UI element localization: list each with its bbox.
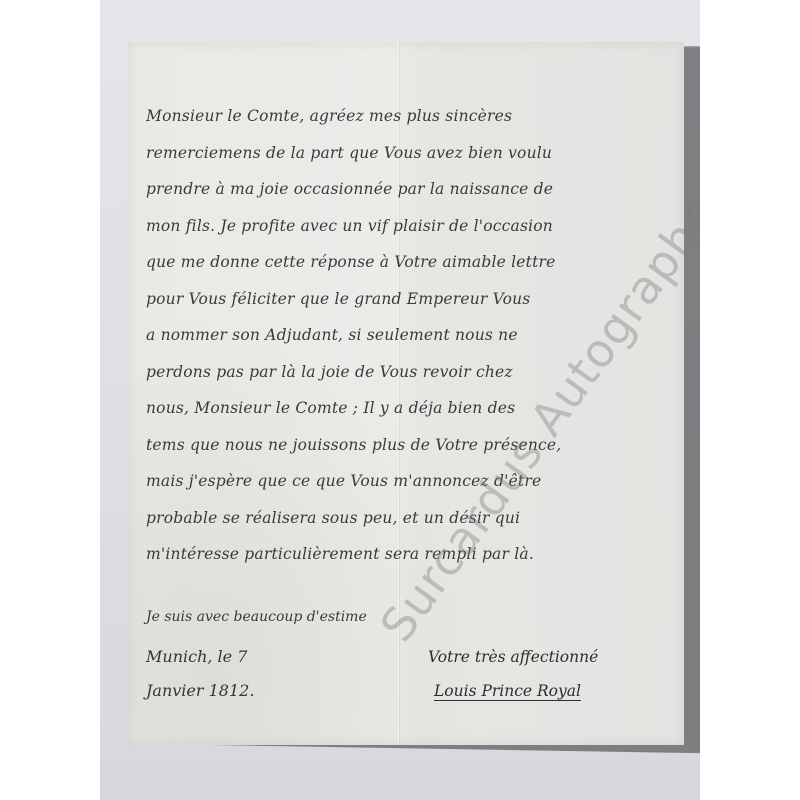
letter-line: a nommer son Adjudant, si seulement nous… [146, 317, 676, 354]
letter-line: prendre à ma joie occasionnée par la nai… [146, 171, 676, 208]
letter-line: probable se réalisera sous peu, et un dé… [146, 500, 676, 537]
letter-line: Monsieur le Comte, agréez mes plus sincè… [146, 98, 676, 135]
signature-name: Louis Prince Royal [428, 674, 598, 708]
letter-line: remerciemens de la part que Vous avez bi… [146, 135, 676, 172]
valediction: Votre très affectionné [428, 640, 598, 674]
letter-paper: Monsieur le Comte, agréez mes plus sincè… [128, 42, 684, 745]
letter-line: perdons pas par là la joie de Vous revoi… [146, 354, 676, 391]
closing-line: Je suis avec beaucoup d'estime [146, 609, 367, 625]
letter-line: tems que nous ne jouissons plus de Votre… [146, 427, 676, 464]
letter-line: mais j'espère que ce que Vous m'annoncez… [146, 463, 676, 500]
photo-background: Monsieur le Comte, agréez mes plus sincè… [100, 0, 700, 800]
place-date: Munich, le 7 Janvier 1812. [146, 640, 254, 708]
letter-line: que me donne cette réponse à Votre aimab… [146, 244, 676, 281]
letter-body: Monsieur le Comte, agréez mes plus sincè… [146, 98, 676, 573]
place-date-line-1: Munich, le 7 [146, 640, 254, 674]
letter-line: mon fils. Je profite avec un vif plaisir… [146, 208, 676, 245]
letter-line: pour Vous féliciter que le grand Empereu… [146, 281, 676, 318]
place-date-line-2: Janvier 1812. [146, 674, 254, 708]
letter-line: nous, Monsieur le Comte ; Il y a déja bi… [146, 390, 676, 427]
signature-block: Votre très affectionné Louis Prince Roya… [428, 640, 598, 708]
letter-line: m'intéresse particulièrement sera rempli… [146, 536, 676, 573]
image-frame: Monsieur le Comte, agréez mes plus sincè… [0, 0, 800, 800]
